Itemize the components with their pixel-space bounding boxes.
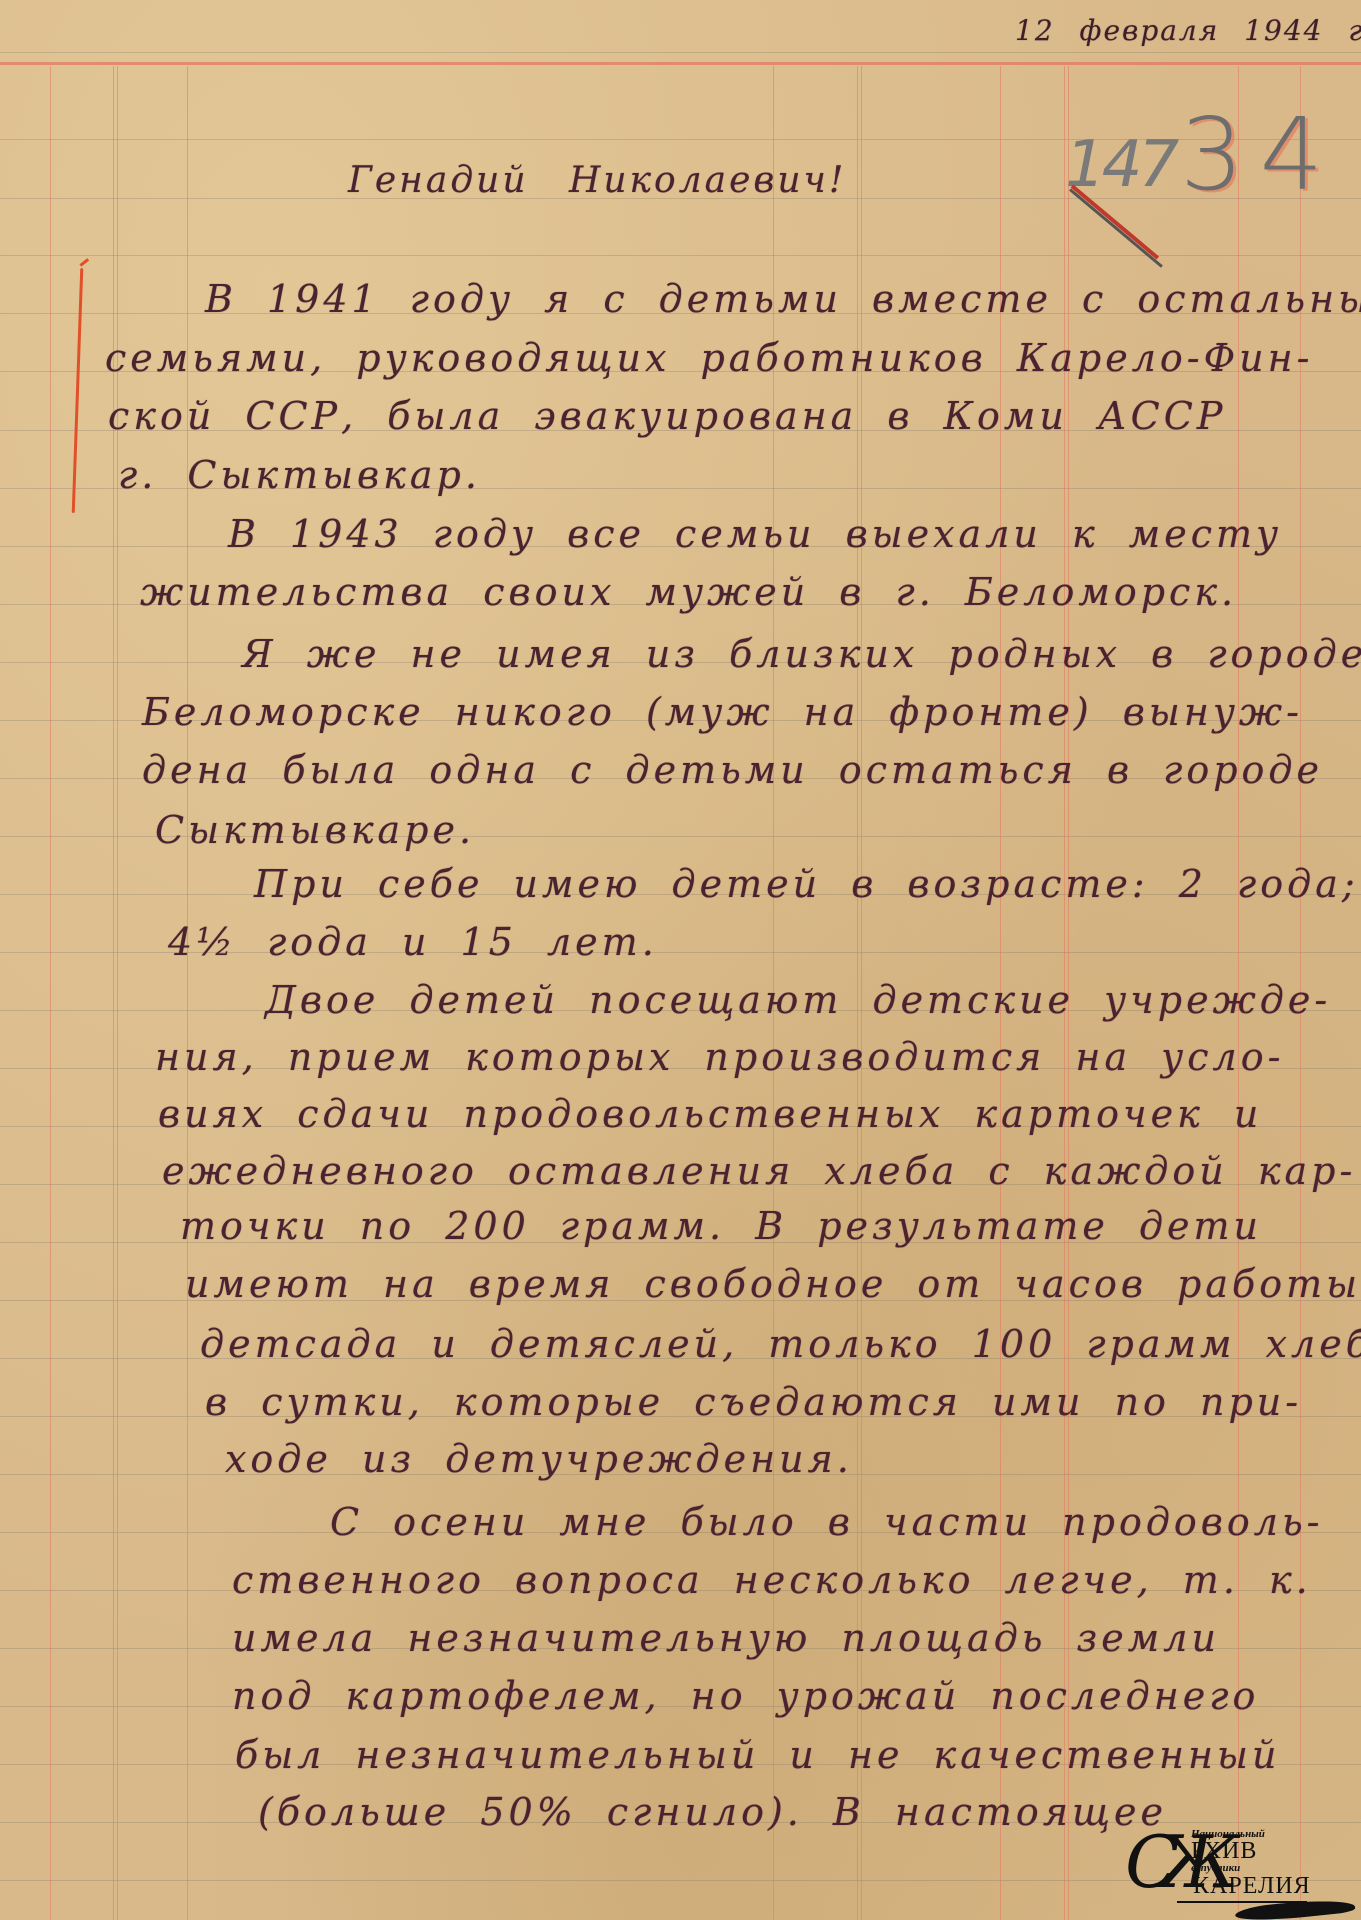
national-archive-karelia-logo: СЖ Национальный РХИВ еспублики КАРЕЛИЯ <box>1125 1822 1355 1918</box>
body-line: г. Сыктывкар. <box>118 453 481 497</box>
body-line: был незначительный и не качественный <box>235 1733 1280 1777</box>
body-line: В 1943 году все семьи выехали к месту <box>228 512 1282 556</box>
body-line: дена была одна с детьми остаться в город… <box>142 748 1323 792</box>
body-line: Беломорске никого (муж на фронте) вынуж- <box>142 690 1303 734</box>
body-line: под картофелем, но урожай последнего <box>232 1674 1259 1718</box>
body-line: В 1941 году я с детьми вместе с остальны… <box>205 277 1361 321</box>
logo-line-karelia: КАРЕЛИЯ <box>1193 1873 1311 1900</box>
body-line: имела незначительную площадь земли <box>232 1616 1220 1660</box>
horizontal-rule <box>0 52 1361 53</box>
body-line: Я же не имея из близких родных в городе <box>242 632 1361 676</box>
body-line: ственного вопроса несколько легче, т. к. <box>232 1558 1312 1602</box>
body-line: Двое детей посещают детские учрежде- <box>265 978 1331 1022</box>
body-line: С осени мне было в части продоволь- <box>330 1500 1324 1544</box>
red-pencil-margin-mark <box>72 268 84 513</box>
body-line: имеют на время свободное от часов работы <box>185 1262 1361 1306</box>
body-line: При себе имею детей в возрасте: 2 года; <box>254 862 1359 906</box>
body-line: ходе из детучреждения. <box>225 1437 853 1481</box>
body-line: ния, прием которых производится на усло- <box>155 1035 1284 1079</box>
body-line: ской ССР, была эвакуирована в Коми АССР <box>108 394 1226 438</box>
body-line: жительства своих мужей в г. Беломорск. <box>140 570 1237 614</box>
body-line: 4½ года и 15 лет. <box>168 920 658 964</box>
header-red-rule <box>0 62 1361 65</box>
letter-date: 12 февраля 1944 г. <box>1015 14 1361 47</box>
body-line: ежедневного оставления хлеба с каждой ка… <box>162 1149 1356 1193</box>
current-sheet-number: 34 <box>1180 96 1339 213</box>
body-line: в сутки, которые съедаются ими по при- <box>205 1380 1302 1424</box>
body-line: Сыктывкаре. <box>155 808 475 852</box>
body-line: семьями, руководящих работников Карело-Ф… <box>105 336 1314 380</box>
salutation: Генадий Николаевич! <box>348 160 846 201</box>
body-line: (больше 50% сгнило). В настоящее <box>258 1790 1167 1834</box>
body-line: виях сдачи продовольственных карточек и <box>158 1092 1262 1136</box>
body-line: детсада и детяслей, только 100 грамм хле… <box>200 1322 1361 1366</box>
logo-line-archive: РХИВ <box>1191 1838 1257 1865</box>
archival-letter-page: 12 февраля 1944 г. 147 34 Генадий Никола… <box>0 0 1361 1920</box>
vertical-rule <box>50 66 51 1920</box>
body-line: точки по 200 грамм. В результате дети <box>180 1204 1262 1248</box>
